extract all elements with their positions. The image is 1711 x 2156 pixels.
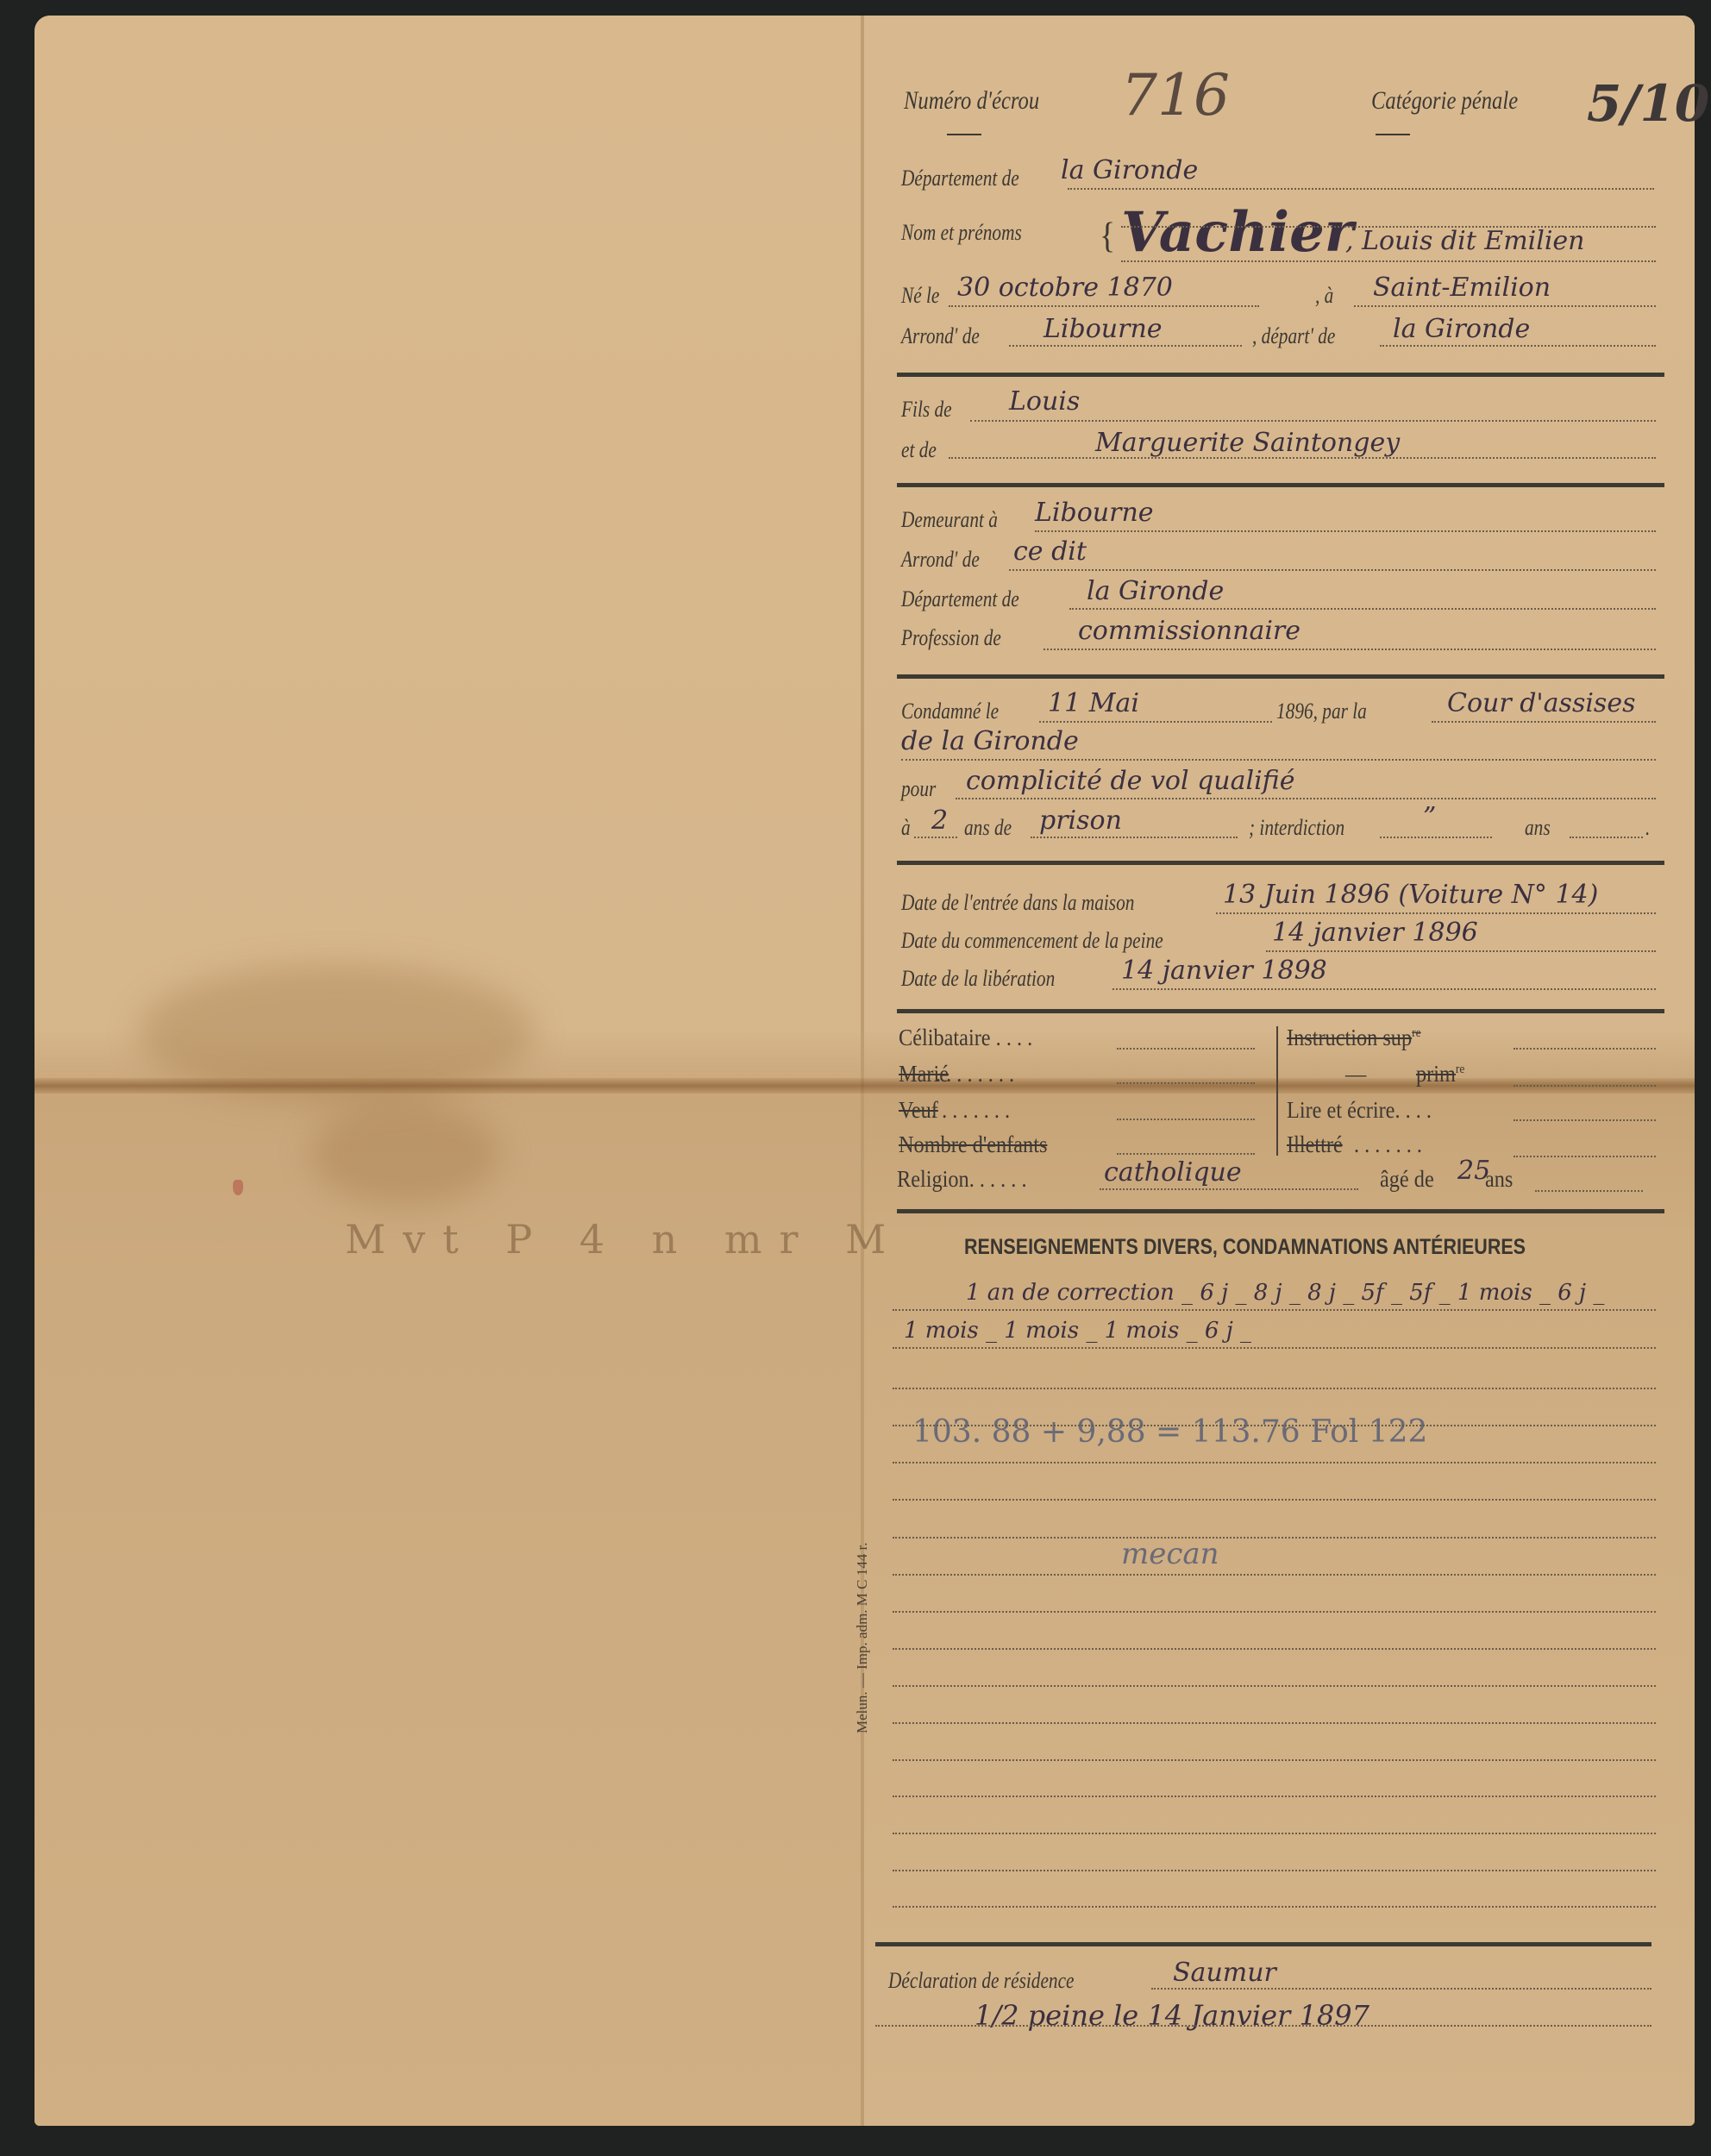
pour-label: pour [901,776,936,802]
field-line [1068,188,1654,190]
demeurant-value: Libourne [1035,498,1154,528]
field-line [1039,721,1272,723]
field-line [1117,1048,1255,1050]
field-line [893,1309,1656,1311]
field-line [1570,837,1643,838]
interdiction-label: ; interdiction [1249,815,1344,841]
entree-value: 13 Juin 1896 (Voiture N° 14) [1223,880,1598,910]
duree-value: 2 [931,805,948,836]
departement-value: la Gironde [1061,155,1198,185]
numero-ecrou-value: 716 [1121,62,1230,128]
field-line [893,1499,1656,1501]
field-line [893,1574,1656,1576]
field-line [1035,530,1656,532]
renseignements-line-3: 103. 88 + 9,88 = 113.76 Fol 122 [912,1414,1427,1450]
religion-value: catholique [1104,1157,1242,1188]
field-line [1069,608,1656,610]
faint-ink-marks: Mvt P 4 n mr M [345,1216,903,1263]
field-line [1117,1153,1255,1155]
a-label: , à [1315,283,1333,309]
red-ink-spot [233,1180,243,1195]
section-divider [897,373,1664,377]
ans-de-label: ans de [964,815,1012,841]
instruction-prim-dash: — [1345,1061,1366,1087]
depart-label: , départ' de [1252,323,1335,349]
field-line [893,1462,1656,1463]
instruction-prim-label: prim [1416,1061,1456,1087]
cour-value-line2: de la Gironde [901,726,1079,756]
instruction-prim-suffix: re [1456,1062,1464,1076]
demeurant-label: Demeurant à [901,507,998,533]
marie-dots: . . . . . . . . [936,1061,1014,1087]
field-line [893,1759,1656,1761]
field-line [1432,721,1656,723]
field-line [1216,912,1656,914]
field-line [1112,988,1656,990]
column-separator [1276,1026,1278,1156]
lire-ecrire-label: Lire et écrire. . . . [1287,1097,1432,1124]
field-line [1044,649,1656,650]
field-line [949,305,1259,307]
departement-label: Département de [901,166,1019,191]
field-line [949,457,1656,459]
peine-value: prison [1039,805,1122,836]
field-line [893,1906,1656,1908]
field-line [1514,1085,1656,1087]
brace: { [1100,216,1115,257]
field-line [1151,1988,1651,1990]
field-line [970,420,1656,422]
field-line [1121,260,1656,262]
field-line [1354,305,1656,307]
field-line [893,1537,1656,1539]
field-line [893,1347,1656,1349]
veuf-dots: . . . . . . . . [931,1097,1010,1124]
field-line [914,837,957,838]
commencement-value: 14 janvier 1896 [1272,918,1478,948]
renseignements-line-2: 1 mois _ 1 mois _ 1 mois _ 6 j _ [904,1318,1251,1344]
field-line [1121,226,1656,228]
illettre-dots: . . . . . . . [1354,1131,1422,1158]
lieu-naissance-value: Saint-Emilion [1373,273,1551,303]
numero-ecrou-label: Numéro d'écrou [904,86,1039,116]
categorie-penale-label: Catégorie pénale [1371,86,1518,116]
vertical-fold [861,16,864,2126]
field-line [1514,1048,1656,1050]
printer-imprint: Melun. — Imp. adm. M C 144 r. [854,1543,871,1733]
commencement-label: Date du commencement de la peine [901,928,1163,954]
prenoms-value: , Louis dit Emilien [1345,226,1585,256]
age-label: âgé de [1380,1166,1434,1193]
declaration-value: Saumur [1173,1958,1276,1988]
section-divider [897,674,1664,679]
nom-label: Nom et prénoms [901,220,1022,246]
annee-label: 1896, par la [1276,699,1367,724]
profession-value: commissionnaire [1078,616,1300,646]
field-line [1514,1156,1656,1157]
et-de-label: et de [901,437,937,463]
age-ans-label: ans [1485,1166,1513,1193]
underline-mark [947,134,981,135]
ne-le-label: Né le [901,283,939,309]
declaration-label: Déclaration de résidence [888,1968,1075,1994]
departement-residence-value: la Gironde [1087,576,1224,606]
field-line [1009,345,1242,347]
field-line [1117,1119,1255,1120]
field-line [1535,1190,1643,1192]
pour-value: complicité de vol qualifié [966,766,1294,796]
nom-value: Vachier [1121,200,1354,265]
instruction-sup-suffix: re [1412,1026,1420,1040]
end-period: . [1645,815,1650,841]
depart-value: la Gironde [1393,314,1530,344]
field-line [1514,1119,1656,1121]
renseignements-line-4: mecan [1121,1537,1219,1571]
pere-value: Louis [1009,386,1080,417]
condamne-date-value: 11 Mai [1048,688,1139,718]
arrond-residence-value: ce dit [1013,536,1087,567]
field-line [1100,1188,1358,1190]
renseignements-line-1: 1 an de correction _ 6 j _ 8 j _ 8 j _ 5… [966,1280,1604,1306]
field-line [875,2025,1651,2027]
departement-residence-label: Département de [901,586,1019,612]
ne-le-value: 30 octobre 1870 [957,273,1173,303]
fils-de-label: Fils de [901,397,952,423]
arrond-residence-label: Arrond' de [901,547,980,573]
interdiction-value: ” [1423,802,1436,832]
instruction-sup-label: Instruction sup [1287,1025,1412,1050]
section-divider [897,861,1664,865]
section-divider [897,483,1664,487]
field-line [1009,569,1656,571]
underline-mark [1376,134,1410,135]
field-line [956,798,1656,799]
field-line [901,759,1656,761]
section-divider [875,1942,1651,1946]
condamne-label: Condamné le [901,699,999,724]
categorie-penale-value: 5/10 [1587,74,1709,133]
nombre-enfants-label: Nombre d'enfants [899,1131,1047,1158]
a-duree-label: à [901,815,911,841]
arrond-label: Arrond' de [901,323,980,349]
field-line [893,1833,1656,1834]
field-line [1380,837,1492,838]
renseignements-heading: RENSEIGNEMENTS DIVERS, CONDAMNATIONS ANT… [964,1235,1526,1260]
water-stain [310,1102,500,1206]
field-line [1266,950,1656,952]
entree-label: Date de l'entrée dans la maison [901,890,1134,916]
field-line [893,1388,1656,1389]
liberation-label: Date de la libération [901,966,1055,992]
field-line [893,1648,1656,1650]
profession-label: Profession de [901,625,1001,651]
field-line [893,1796,1656,1797]
religion-label: Religion. . . . . . [897,1166,1027,1193]
field-line [893,1425,1656,1426]
field-line [893,1611,1656,1613]
liberation-value: 14 janvier 1898 [1121,956,1327,986]
field-line [1380,345,1656,347]
arrond-value: Libourne [1044,314,1163,344]
residence-note-value: 1/2 peine le 14 Janvier 1897 [975,1999,1369,2032]
ans-label: ans [1525,815,1551,841]
field-line [893,1870,1656,1871]
field-line [893,1722,1656,1724]
illettre-label: Illettré [1287,1131,1343,1158]
field-line [893,1685,1656,1687]
section-divider [897,1209,1664,1213]
section-divider [897,1009,1664,1013]
field-line [1031,837,1238,838]
mere-value: Marguerite Saintongey [1095,428,1400,458]
cour-value: Cour d'assises [1447,688,1635,718]
field-line [1117,1082,1255,1084]
celibataire-label: Célibataire . . . . [899,1025,1032,1051]
